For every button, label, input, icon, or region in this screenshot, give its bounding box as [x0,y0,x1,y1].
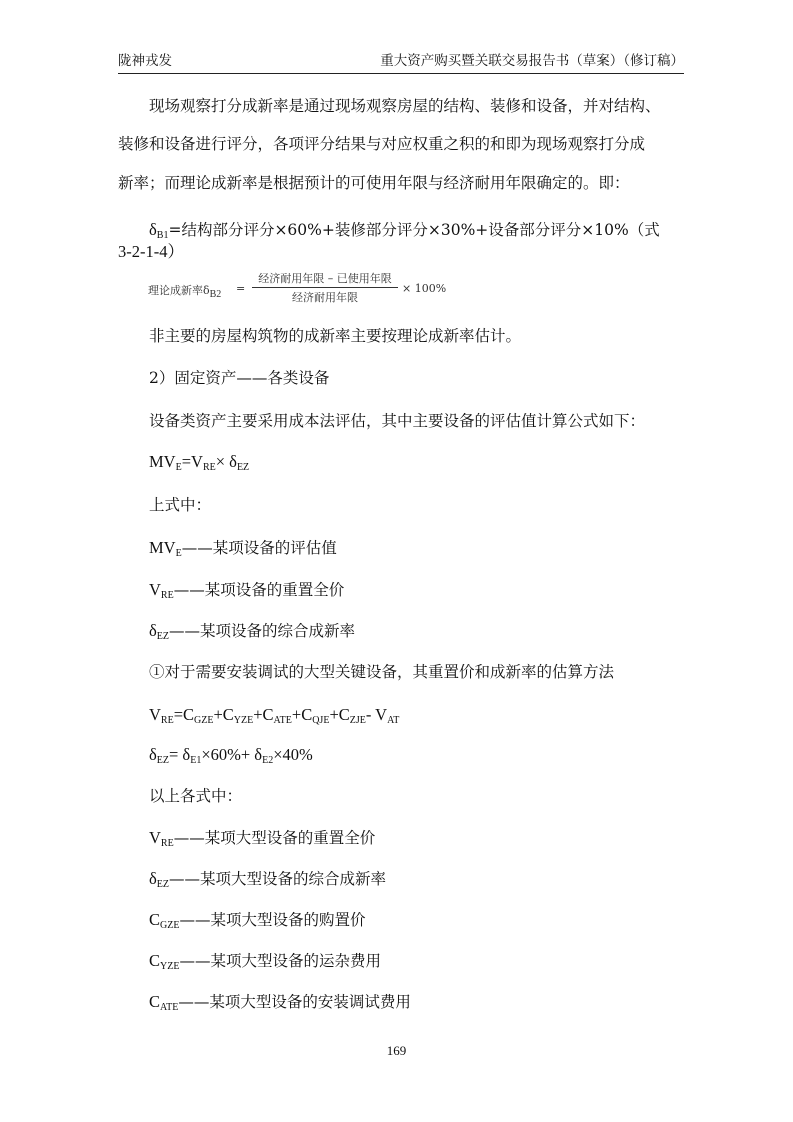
definition-line: VRE——某项大型设备的重置全价 [149,828,375,854]
page-number: 169 [0,1043,793,1059]
definition-line: δEZ——某项大型设备的综合成新率 [149,869,386,895]
section-heading: 2）固定资产——各类设备 [149,368,329,388]
definition-line: CGZE——某项大型设备的购置价 [149,910,365,936]
formula-vre: VRE=CGZE+CYZE+CATE+CQJE+CZJE- VAT [149,705,399,731]
definition-line: MVE——某项设备的评估值 [149,538,337,564]
page-header: 陇神戎发 重大资产购买暨关联交易报告书（草案）（修订稿） [118,51,684,74]
definition-line: VRE——某项设备的重置全价 [149,580,344,606]
header-doc-title: 重大资产购买暨关联交易报告书（草案）（修订稿） [380,49,684,69]
fraction: 经济耐用年限 – 已使用年限 经济耐用年限 [252,270,398,305]
paragraph-line: 非主要的房屋构筑物的成新率主要按理论成新率估计。 [149,326,521,346]
formula-mv: MVE=VRE× δEZ [149,452,249,478]
paragraph-line: 现场观察打分成新率是通过现场观察房屋的结构、装修和设备，并对结构、 [149,96,661,116]
where-label: 上式中： [149,495,211,515]
where-label: 以上各式中： [149,786,242,806]
list-item: ①对于需要安装调试的大型关键设备，其重置价和成新率的估算方法 [149,662,614,682]
definition-line: CATE——某项大型设备的安装调试费用 [149,992,411,1018]
definition-line: δEZ——某项设备的综合成新率 [149,621,355,647]
formula-b1: δB1=结构部分评分×60%+装修部分评分×30%+设备部分评分×10%（式 [149,220,660,246]
formula-dez: δEZ= δE1×60%+ δE2×40% [149,745,313,771]
paragraph-line: 装修和设备进行评分，各项评分结果与对应权重之积的和即为现场观察打分成 [118,134,645,154]
paragraph-line: 新率；而理论成新率是根据预计的可使用年限与经济耐用年限确定的。即： [118,173,630,193]
formula-b1-continuation: 3-2-1-4） [118,242,184,262]
header-company: 陇神戎发 [118,49,172,69]
definition-line: CYZE——某项大型设备的运杂费用 [149,951,381,977]
paragraph-line: 设备类资产主要采用成本法评估，其中主要设备的评估值计算公式如下： [149,411,645,431]
